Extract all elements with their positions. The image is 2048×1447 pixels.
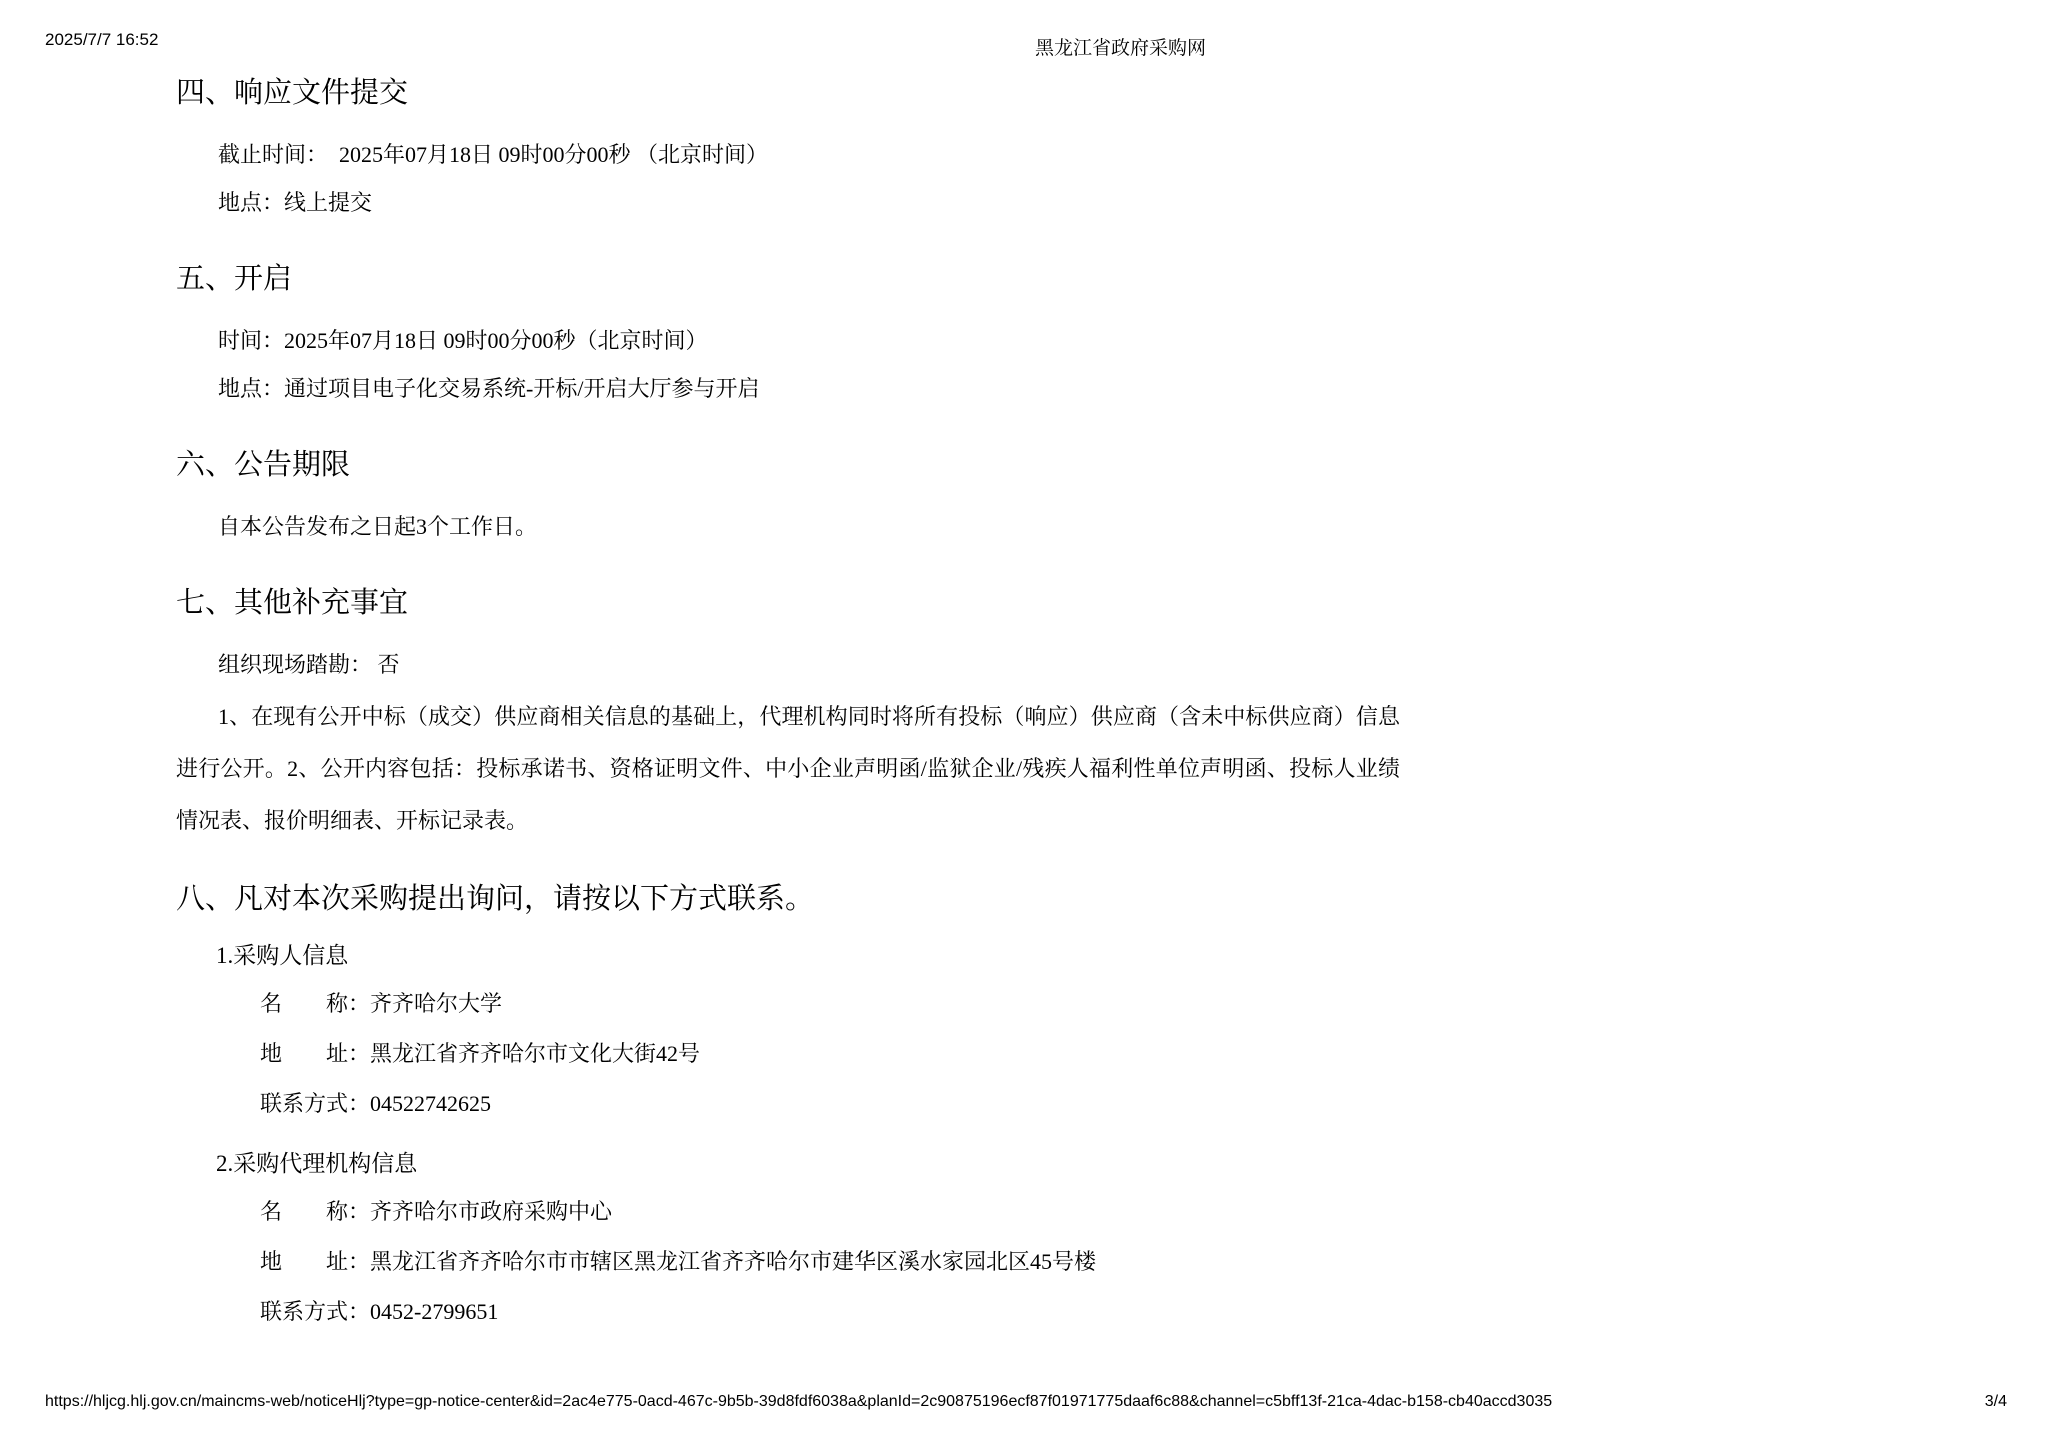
section-7-heading: 七、其他补充事宜 (176, 583, 1400, 623)
section-5-time-line: 时间：2025年07月18日 09时00分00秒（北京时间） (176, 317, 1400, 365)
agency-info-label: 2.采购代理机构信息 (176, 1141, 1400, 1187)
section-5-location-line: 地点：通过项目电子化交易系统-开标/开启大厅参与开启 (176, 365, 1400, 413)
section-7-notes-paragraph: 1、在现有公开中标（成交）供应商相关信息的基础上，代理机构同时将所有投标（响应）… (176, 691, 1400, 847)
print-datetime: 2025/7/7 16:52 (45, 30, 158, 50)
section-7-site-survey-line: 组织现场踏勘： 否 (176, 641, 1400, 689)
purchaser-info-label: 1.采购人信息 (176, 933, 1400, 979)
section-4-location-line: 地点：线上提交 (176, 179, 1400, 227)
purchaser-address-line: 地 址：黑龙江省齐齐哈尔市文化大街42号 (176, 1029, 1400, 1079)
print-url: https://hljcg.hlj.gov.cn/maincms-web/not… (45, 1393, 1552, 1411)
purchaser-contact-line: 联系方式：04522742625 (176, 1079, 1400, 1129)
purchaser-name-line: 名 称：齐齐哈尔大学 (176, 979, 1400, 1029)
section-4-heading: 四、响应文件提交 (176, 73, 1400, 113)
section-4-deadline-line: 截止时间： 2025年07月18日 09时00分00秒 （北京时间） (176, 131, 1400, 179)
print-preview-page: { "meta": { "datetime": "2025/7/7 16:52"… (0, 0, 2048, 1447)
section-5-heading: 五、开启 (176, 259, 1400, 299)
agency-contact-line: 联系方式：0452-2799651 (176, 1287, 1400, 1337)
print-site-title: 黑龙江省政府采购网 (1035, 33, 1206, 60)
agency-name-line: 名 称：齐齐哈尔市政府采购中心 (176, 1187, 1400, 1237)
section-6-period-line: 自本公告发布之日起3个工作日。 (176, 503, 1400, 551)
notice-document-body: 四、响应文件提交 截止时间： 2025年07月18日 09时00分00秒 （北京… (176, 73, 1400, 1337)
agency-address-line: 地 址：黑龙江省齐齐哈尔市市辖区黑龙江省齐齐哈尔市建华区溪水家园北区45号楼 (176, 1237, 1400, 1287)
print-page-number: 3/4 (1985, 1393, 2007, 1411)
section-8-heading: 八、凡对本次采购提出询问，请按以下方式联系。 (176, 879, 1400, 919)
section-6-heading: 六、公告期限 (176, 445, 1400, 485)
